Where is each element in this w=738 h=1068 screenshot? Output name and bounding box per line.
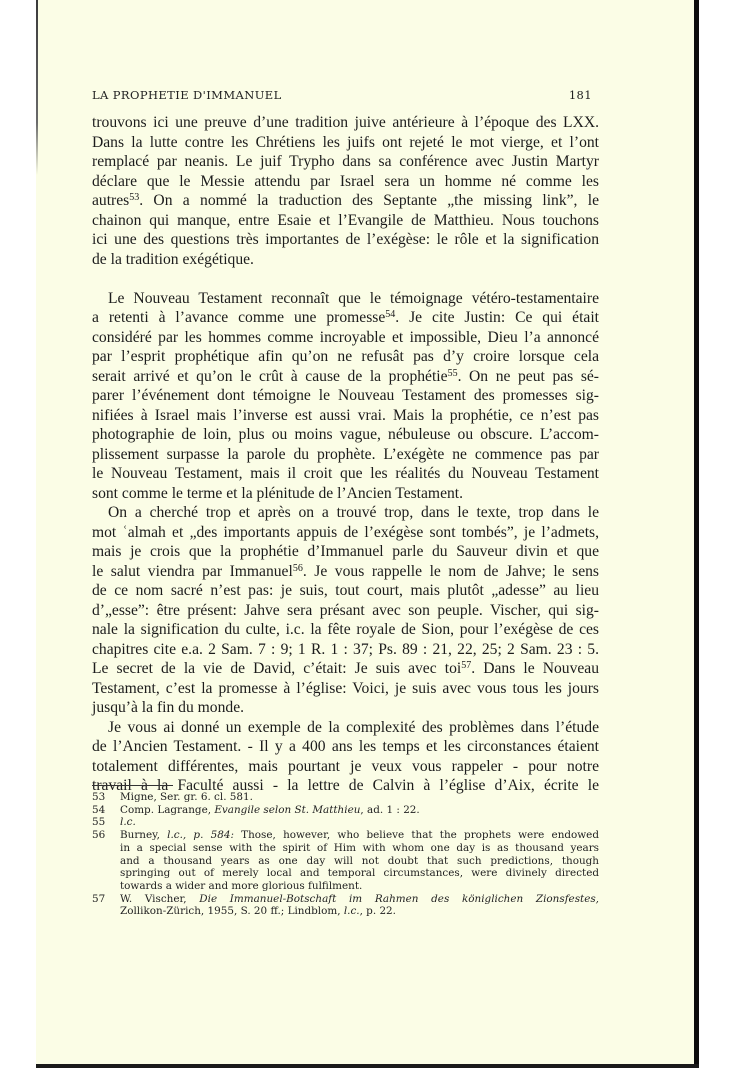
paragraph: Je vous ai donné un exemple de la comple… — [92, 718, 599, 796]
footnote-line: in a special sense with the spirit of Hi… — [120, 842, 599, 855]
italic-citation: l.c. — [120, 816, 136, 828]
paragraph: On a cherché trop et après on a trouvé t… — [92, 503, 599, 718]
text-line: par l’esprit prophétique afin qu’on ne r… — [92, 347, 599, 367]
text-line: chainon qui manque, entre Esaie et l’Eva… — [92, 211, 599, 231]
text-line: totalement différentes, mais pourtant je… — [92, 757, 599, 777]
text-line: Dans la lutte contre les Chrétiens les j… — [92, 133, 599, 153]
footnote-57: 57W. Vischer, Die Immanuel-Botschaft im … — [92, 893, 599, 918]
text-line: de la tradition exégétique. — [92, 250, 599, 270]
footnote-line: W. Vischer, Die Immanuel-Botschaft im Ra… — [120, 893, 599, 906]
footnote-53: 53Migne, Ser. gr. 6. cl. 581. — [92, 791, 599, 804]
footnote-number: 56 — [92, 829, 105, 842]
text-line: mot ʿalmah et „des importants appuis de … — [92, 523, 599, 543]
page-left-edge — [36, 0, 38, 175]
text-line: nale la signification du culte, i.c. la … — [92, 620, 599, 640]
text-line: sont comme le terme et la plénitude de l… — [92, 484, 599, 504]
text-line: Testament, c’est la promesse à l’église:… — [92, 679, 599, 699]
text-line: serait arrivé et qu’on le crût à cause d… — [92, 367, 599, 387]
footnote-line: and a thousand years as one day will not… — [120, 855, 599, 868]
footnote-number: 57 — [92, 893, 105, 906]
body-text: trouvons ici une preuve d’une tradition … — [92, 113, 599, 796]
text-line: le Nouveau Testament, mais il croit que … — [92, 464, 599, 484]
text-line: autres53. On a nommé la traduction des S… — [92, 191, 599, 211]
text-line: de ce nom sacré n’est pas: je suis, tout… — [92, 581, 599, 601]
text-line: parer l’événement dont témoigne le Nouve… — [92, 386, 599, 406]
text-line: Le secret de la vie de David, c’était: J… — [92, 659, 599, 679]
text-line: Je vous ai donné un exemple de la comple… — [92, 718, 599, 738]
text-line: déclare que le Messie attendu par Israel… — [92, 172, 599, 192]
text-line: a retenti à l’avance comme une promesse5… — [92, 308, 599, 328]
footnote-line: springing out of merely local and tempor… — [120, 867, 599, 880]
text-line: nifiées à Israel mais l’inverse est auss… — [92, 406, 599, 426]
text-line: photographie de loin, plus ou moins vagu… — [92, 425, 599, 445]
text-line: de l’Ancien Testament. - Il y a 400 ans … — [92, 737, 599, 757]
footnote-number: 55 — [92, 816, 105, 829]
running-head-title: LA PROPHETIE D'IMMANUEL — [92, 88, 282, 102]
footnote-56: 56Burney, l.c., p. 584: Those, however, … — [92, 829, 599, 893]
text-line: plissement surpasse la parole du prophèt… — [92, 445, 599, 465]
footnote-number: 53 — [92, 791, 105, 804]
footnote-54: 54Comp. Lagrange, Evangile selon St. Mat… — [92, 804, 599, 817]
text-line: le salut viendra par Immanuel56. Je vous… — [92, 562, 599, 582]
footnote-line: Burney, l.c., p. 584: Those, however, wh… — [120, 829, 599, 842]
footnote-55: 55l.c. — [92, 816, 599, 829]
footnote-reference: 56 — [293, 563, 303, 574]
footnote-line: Comp. Lagrange, Evangile selon St. Matth… — [120, 804, 599, 817]
paragraph-gap — [92, 269, 599, 289]
page-bottom-edge-shadow — [36, 1064, 699, 1068]
footnote-line: Migne, Ser. gr. 6. cl. 581. — [120, 791, 599, 804]
footnote-reference: 55 — [448, 368, 458, 379]
text-line: considéré par les hommes comme incroyabl… — [92, 328, 599, 348]
footnote-reference: 54 — [385, 309, 395, 320]
footnotes: 53Migne, Ser. gr. 6. cl. 581.54Comp. Lag… — [92, 791, 599, 918]
footnote-line: Zollikon-Zürich, 1955, S. 20 ff.; Lindbl… — [120, 905, 599, 918]
footnote-line: l.c. — [120, 816, 599, 829]
italic-citation: l.c. — [344, 905, 360, 917]
text-line: chapitres cite e.a. 2 Sam. 7 : 9; 1 R. 1… — [92, 640, 599, 660]
text-line: d’„esse”: être présent: Jahve sera présa… — [92, 601, 599, 621]
text-line: jusqu’à la fin du monde. — [92, 698, 599, 718]
italic-citation: Die Immanuel-Botschaft im Rahmen des kön… — [199, 893, 599, 905]
paragraph: trouvons ici une preuve d’une tradition … — [92, 113, 599, 269]
text-line: ici une des questions très importantes d… — [92, 230, 599, 250]
italic-citation: Evangile selon St. Matthieu — [214, 804, 360, 816]
page-right-edge-shadow — [694, 0, 699, 1068]
italic-citation: l.c., p. 584: — [167, 829, 234, 841]
footnote-number: 54 — [92, 804, 105, 817]
text-line: mais je crois que la prophétie d’Immanue… — [92, 542, 599, 562]
text-line: trouvons ici une preuve d’une tradition … — [92, 113, 599, 133]
footnote-separator-rule — [92, 785, 173, 786]
page-number: 181 — [569, 88, 592, 102]
footnote-reference: 53 — [129, 192, 139, 203]
footnote-line: towards a wider and more glorious fulfil… — [120, 880, 599, 893]
text-line: remplacé par neanis. Le juif Trypho dans… — [92, 152, 599, 172]
text-line: On a cherché trop et après on a trouvé t… — [92, 503, 599, 523]
text-line: Le Nouveau Testament reconnaît que le té… — [92, 289, 599, 309]
paragraph: Le Nouveau Testament reconnaît que le té… — [92, 289, 599, 504]
footnote-reference: 57 — [461, 660, 471, 671]
